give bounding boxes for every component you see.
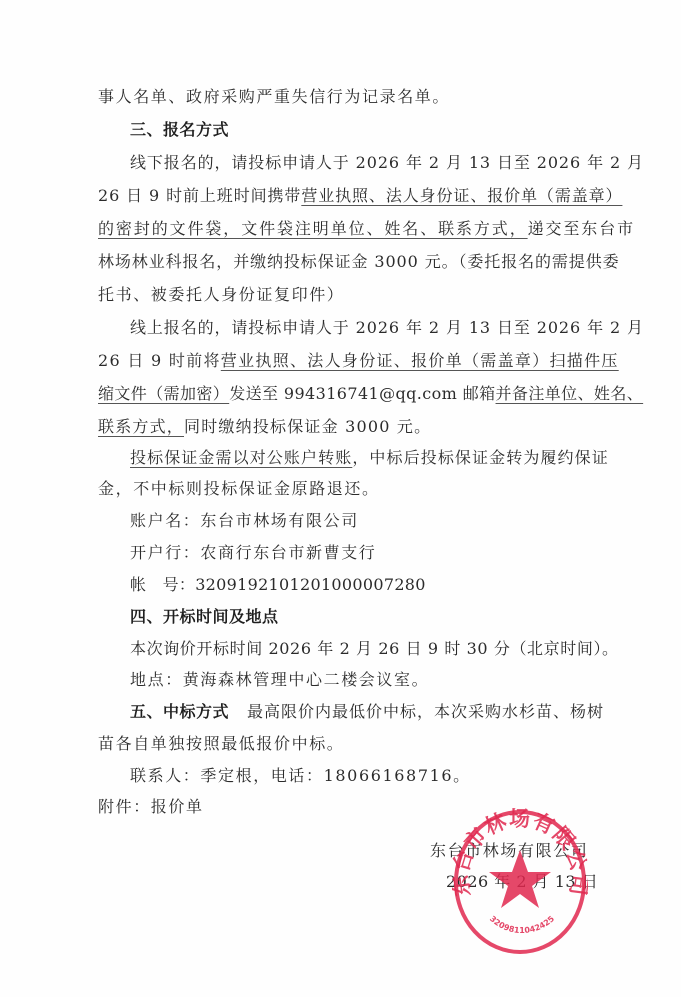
text-line: 的密封的文件袋，文件袋注明单位、姓名、联系方式，递交至东台市 [98, 218, 594, 240]
text-span: 最高限价内最低价中标，本次采购水杉苗、杨树 [247, 702, 604, 721]
section-heading-opening: 四、开标时间及地点 [130, 606, 594, 628]
text-span: 发送至 994316741@qq.com 邮箱 [229, 384, 495, 403]
attachment-line: 附件：报价单 [98, 796, 594, 818]
text-line: 五、中标方式最高限价内最低价中标，本次采购水杉苗、杨树 [130, 701, 594, 723]
underlined-text: 投标保证金需以对公账户转账 [130, 448, 352, 467]
document-page: 事人名单、政府采购严重失信行为记录名单。 三、报名方式 线下报名的，请投标申请人… [0, 0, 681, 997]
text-line: 投标保证金需以对公账户转账，中标后投标保证金转为履约保证 [130, 447, 594, 469]
text-line: 线上报名的，请投标申请人于 2026 年 2 月 13 日至 2026 年 2 … [130, 317, 594, 339]
underlined-text: 的密封的文件袋，文件袋注明单位、姓名、联系方式， [98, 219, 528, 238]
text-span: 26 日 9 时前将 [98, 351, 221, 370]
text-span: 26 日 9 时前上班时间携带 [98, 186, 301, 205]
text-line: 26 日 9 时前将营业执照、法人身份证、报价单（需盖章）扫描件压 [98, 350, 594, 372]
bank-name: 开户行：农商行东台市新曹支行 [130, 542, 594, 564]
account-number: 帐 号：3209192101201000007280 [130, 574, 594, 596]
seal-code: 3209811042425 [488, 914, 557, 935]
text-line: 本次询价开标时间 2026 年 2 月 26 日 9 时 30 分（北京时间）。 [130, 638, 594, 660]
section-heading-registration: 三、报名方式 [130, 119, 594, 141]
underlined-text: 联系方式， [98, 417, 184, 436]
text-span: 同时缴纳投标保证金 3000 元。 [184, 417, 431, 436]
section-heading-award: 五、中标方式 [130, 702, 229, 721]
text-line: 苗各自单独按照最低报价中标。 [98, 733, 594, 755]
text-line: 托书、被委托人身份证复印件） [98, 284, 594, 306]
signature-date: 2026 年 2 月 13 日 [446, 869, 598, 892]
text-line: 事人名单、政府采购严重失信行为记录名单。 [98, 86, 594, 108]
svg-text:3209811042425: 3209811042425 [488, 914, 557, 935]
text-span: ，中标后投标保证金转为履约保证 [352, 448, 609, 467]
text-line: 地点：黄海森林管理中心二楼会议室。 [130, 669, 594, 691]
text-span: 递交至东台市 [528, 219, 635, 238]
text-line: 金，不中标则投标保证金原路退还。 [98, 478, 594, 500]
text-line: 联系方式，同时缴纳投标保证金 3000 元。 [98, 416, 594, 438]
text-line: 缩文件（需加密）发送至 994316741@qq.com 邮箱并备注单位、姓名、 [98, 383, 594, 405]
account-name: 账户名：东台市林场有限公司 [130, 510, 594, 532]
underlined-text: 缩文件（需加密） [98, 384, 229, 403]
contact-line: 联系人：季定根，电话：18066168716。 [130, 765, 594, 787]
underlined-text: 营业执照、法人身份证、报价单（需盖章）扫描件压 [221, 351, 619, 370]
signature-org: 东台市林场有限公司 [430, 838, 588, 861]
text-line: 线下报名的，请投标申请人于 2026 年 2 月 13 日至 2026 年 2 … [130, 152, 594, 174]
underlined-text: 并备注单位、姓名、 [496, 384, 644, 403]
text-line: 26 日 9 时前上班时间携带营业执照、法人身份证、报价单（需盖章） [98, 185, 594, 207]
text-line: 林场林业科报名，并缴纳投标保证金 3000 元。（委托报名的需提供委 [98, 251, 594, 273]
underlined-text: 营业执照、法人身份证、报价单（需盖章） [301, 186, 622, 205]
